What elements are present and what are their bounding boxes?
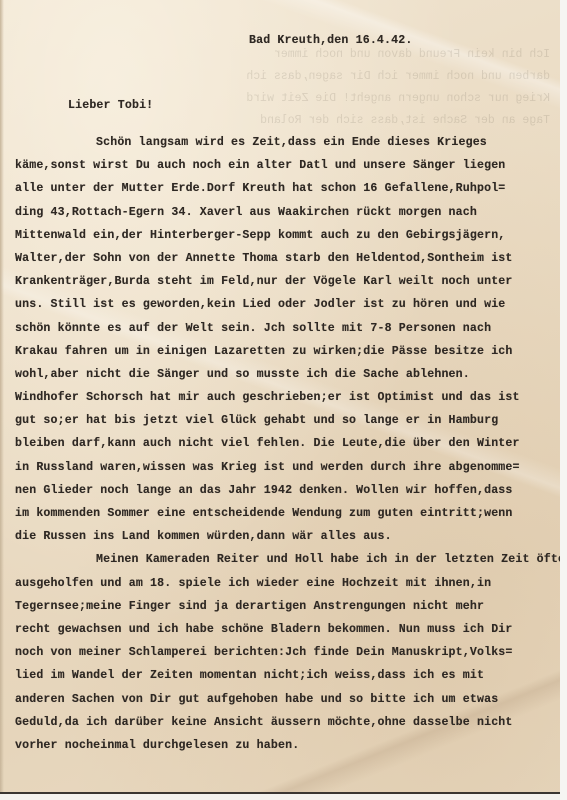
letter-body: Schön langsam wird es Zeit,dass ein Ende… bbox=[15, 131, 560, 757]
letter-line: noch von meiner Schlamperei berichten:Jc… bbox=[15, 641, 560, 664]
letter-line: anderen Sachen von Dir gut aufgehoben ha… bbox=[15, 688, 560, 711]
letter-line: im kommenden Sommer eine entscheidende W… bbox=[15, 502, 560, 525]
letter-line: recht gewachsen und ich habe schöne Blad… bbox=[15, 618, 560, 641]
letter-line: Meinen Kameraden Reiter und Holl habe ic… bbox=[15, 548, 560, 571]
letter-line: nen Glieder noch lange an das Jahr 1942 … bbox=[15, 479, 560, 502]
letter-line: ding 43,Rottach-Egern 34. Xaverl aus Waa… bbox=[15, 201, 560, 224]
letter-line: bleiben darf,kann auch nicht viel fehlen… bbox=[15, 432, 560, 455]
letter-line: Tegernsee;meine Finger sind ja derartige… bbox=[15, 595, 560, 618]
letter-line: gut so;er hat bis jetzt viel Glück gehab… bbox=[15, 409, 560, 432]
letter-line: uns. Still ist es geworden,kein Lied ode… bbox=[15, 293, 560, 316]
letter-line: ausgeholfen und am 18. spiele ich wieder… bbox=[15, 572, 560, 595]
letter-line: käme,sonst wirst Du auch noch ein alter … bbox=[15, 154, 560, 177]
letter-line: Schön langsam wird es Zeit,dass ein Ende… bbox=[15, 131, 560, 154]
letter-line: schön könnte es auf der Welt sein. Jch s… bbox=[15, 317, 560, 340]
letter-line: Mittenwald ein,der Hinterberger-Sepp kom… bbox=[15, 224, 560, 247]
letter-line: lied im Wandel der Zeiten momentan nicht… bbox=[15, 664, 560, 687]
letter-line: Krakau fahren um in einigen Lazaretten z… bbox=[15, 340, 560, 363]
letter-line: Krankenträger,Burda steht im Feld,nur de… bbox=[15, 270, 560, 293]
letter-line: die Russen ins Land kommen würden,dann w… bbox=[15, 525, 560, 548]
salutation: Lieber Tobi! bbox=[68, 99, 153, 112]
letter-line: Walter,der Sohn von der Annette Thoma st… bbox=[15, 247, 560, 270]
scan-margin bbox=[560, 0, 567, 800]
letter-line: Geduld,da ich darüber keine Ansicht äuss… bbox=[15, 711, 560, 734]
letter-page: Ich bin kein Freund davon und noch immer… bbox=[0, 0, 560, 794]
letter-line: in Russland waren,wissen was Krieg ist u… bbox=[15, 456, 560, 479]
paper-edge-shadow bbox=[0, 0, 4, 792]
place-date-line: Bad Kreuth,den 16.4.42. bbox=[249, 34, 412, 47]
letter-line: alle unter der Mutter Erde.Dorf Kreuth h… bbox=[15, 177, 560, 200]
bleed-through-texture: Ich bin kein Freund davon und noch immer… bbox=[230, 44, 550, 132]
letter-line: vorher nocheinmal durchgelesen zu haben. bbox=[15, 734, 560, 757]
letter-line: Windhofer Schorsch hat mir auch geschrie… bbox=[15, 386, 560, 409]
letter-line: wohl,aber nicht die Sänger und so musste… bbox=[15, 363, 560, 386]
